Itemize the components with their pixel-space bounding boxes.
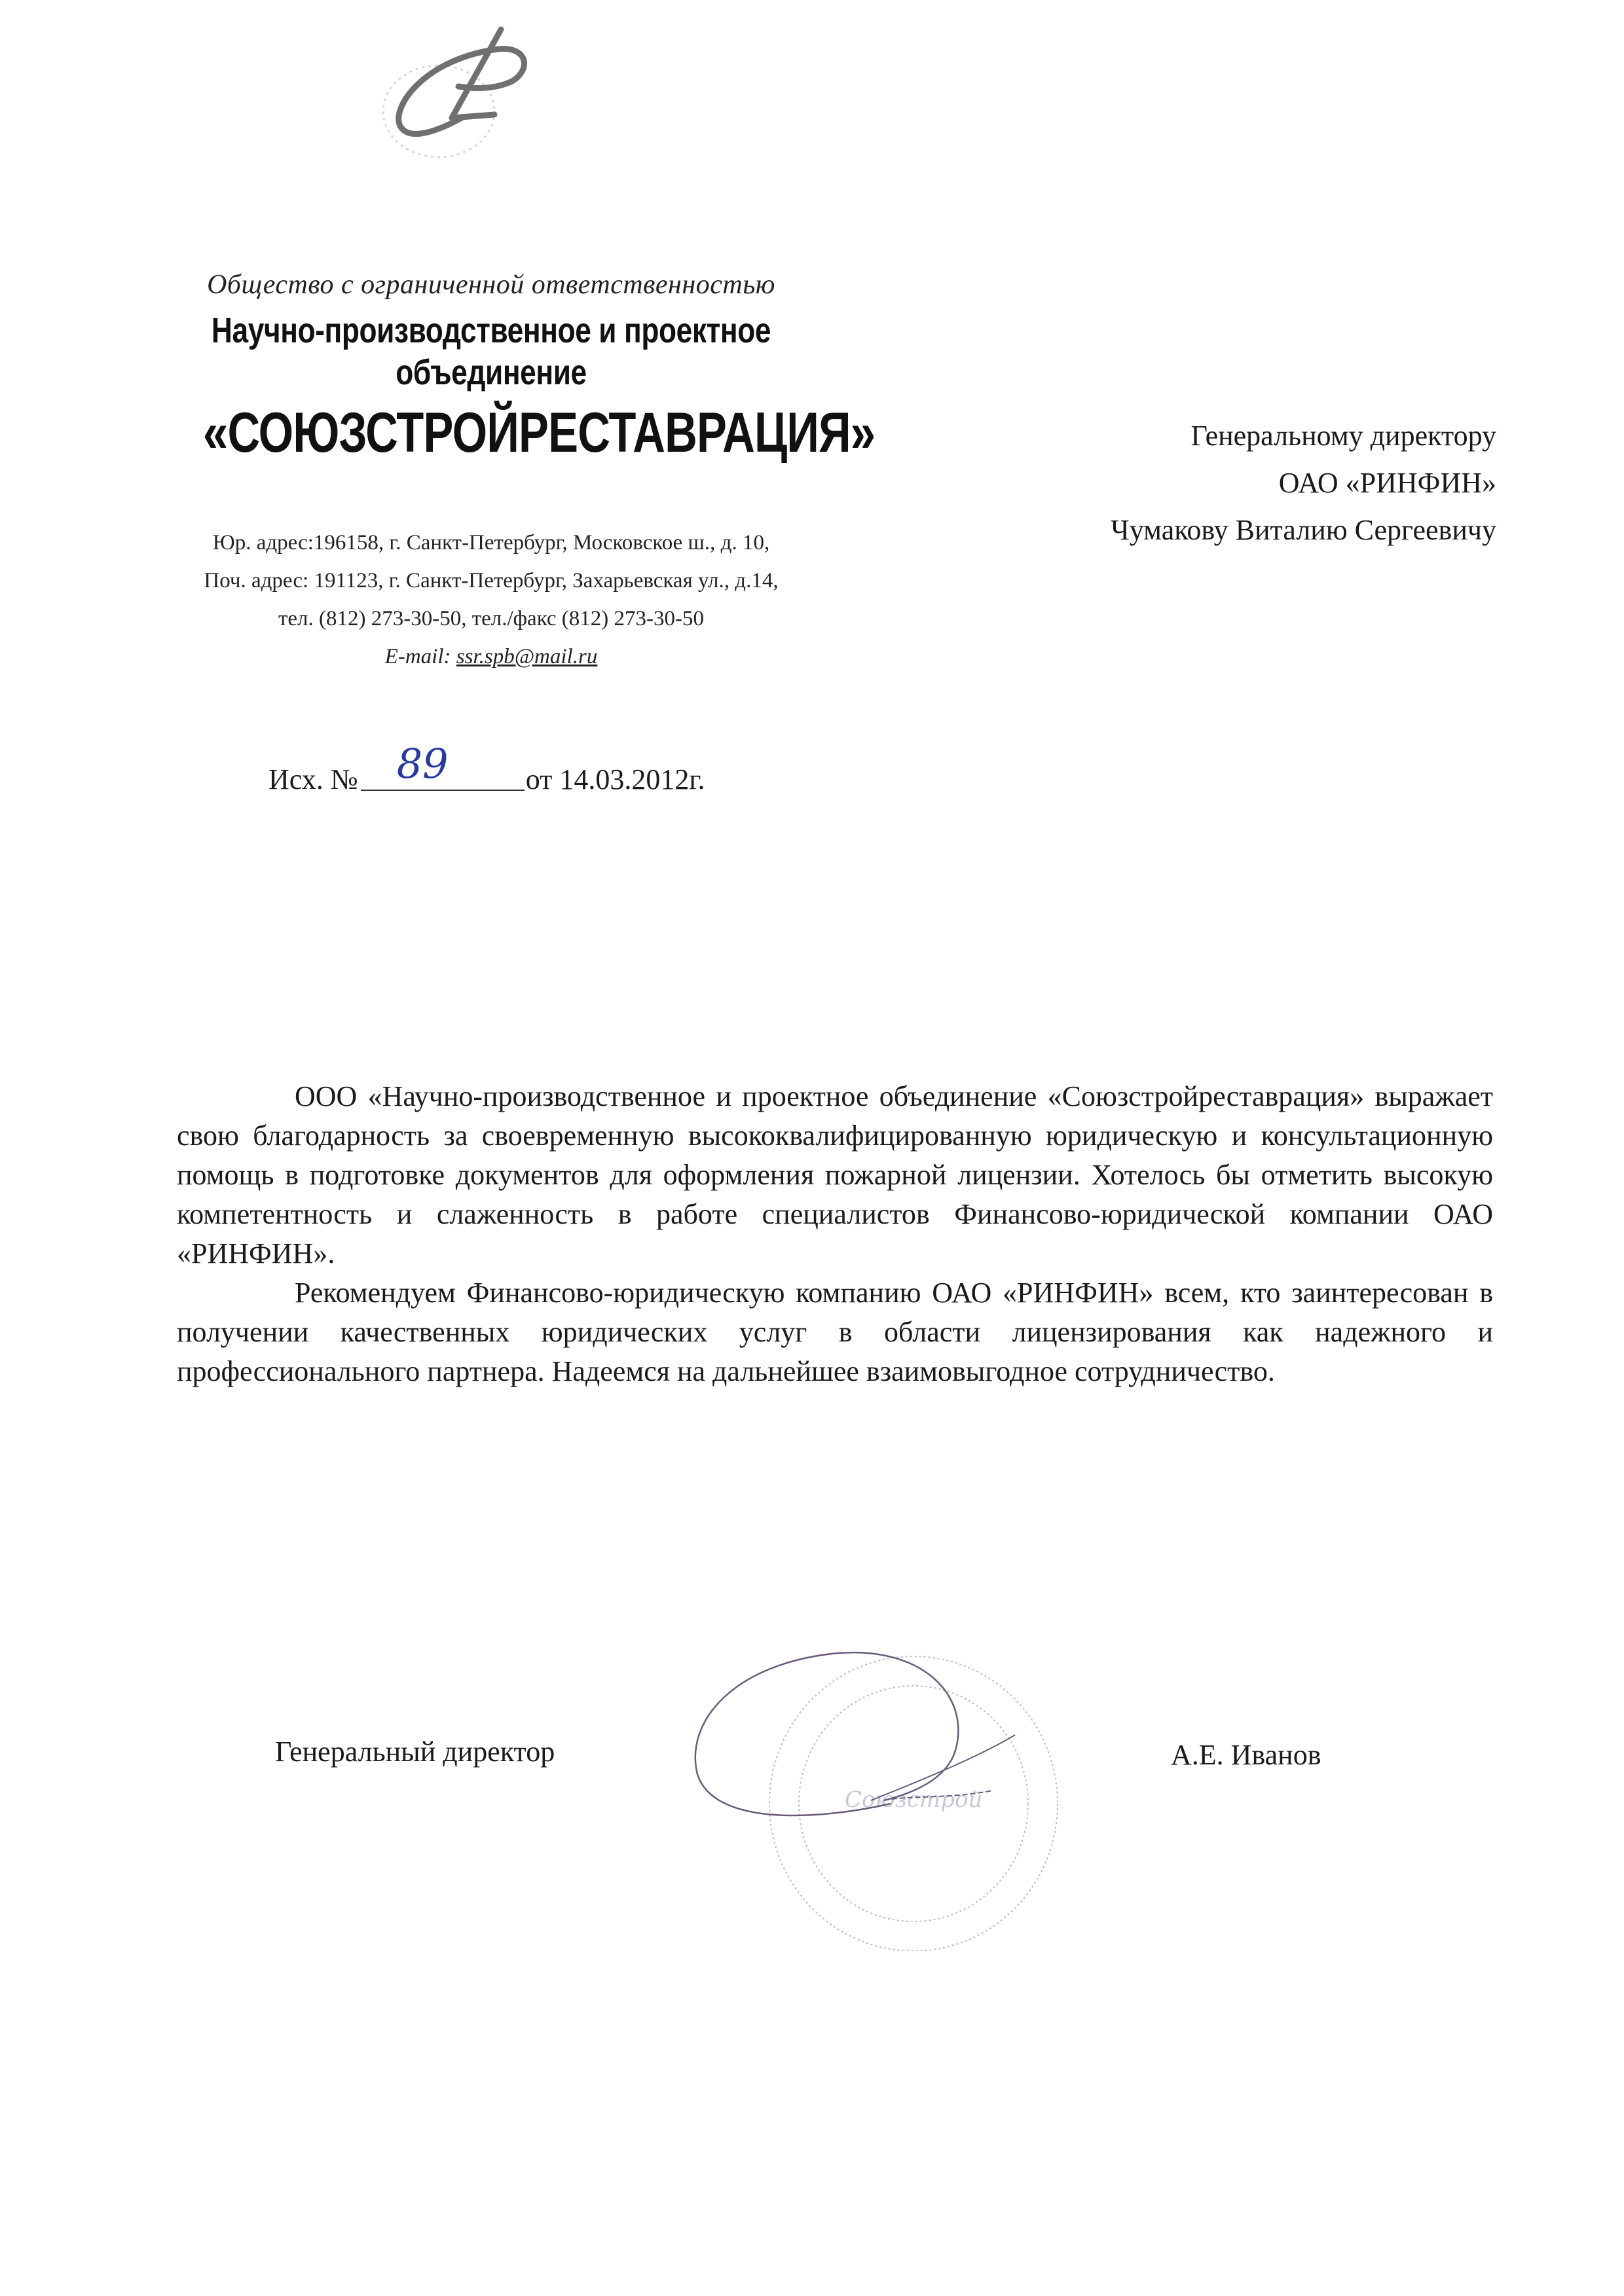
legal-address: Юр. адрес:196158, г. Санкт-Петербург, Мо…: [131, 524, 851, 562]
org-type: Общество с ограниченной ответственностью: [131, 265, 851, 304]
outgoing-number: 89: [397, 740, 449, 788]
signatory-title: Генеральный директор: [275, 1735, 555, 1768]
signatory-name: А.Е. Иванов: [1171, 1738, 1321, 1772]
phone-numbers: тел. (812) 273-30-50, тел./факс (812) 27…: [131, 600, 851, 638]
postal-address: Поч. адрес: 191123, г. Санкт-Петербург, …: [131, 562, 851, 600]
email-line: E-mail: ssr.spb@mail.ru: [131, 638, 851, 676]
letter-body: ООО «Научно-производственное и проектное…: [177, 1077, 1493, 1391]
email-link[interactable]: ssr.spb@mail.ru: [456, 645, 598, 668]
contact-block: Юр. адрес:196158, г. Санкт-Петербург, Мо…: [131, 524, 851, 676]
body-paragraph-2: Рекомендуем Финансово-юридическую компан…: [177, 1273, 1493, 1391]
addressee-position: Генеральному директору: [1111, 412, 1496, 460]
addressee-name: Чумакову Виталию Сергеевичу: [1111, 507, 1496, 554]
org-name-line1: Научно-производственное и проектное: [196, 310, 786, 352]
outgoing-date: от 14.03.2012г.: [526, 763, 705, 796]
monogram-logo-icon: [367, 13, 563, 170]
org-brand: «СОЮЗСТРОЙРЕСТАВРАЦИЯ»: [203, 400, 779, 465]
email-label: E-mail:: [385, 645, 456, 668]
letterhead: Общество с ограниченной ответственностью…: [131, 265, 851, 465]
outgoing-label: Исх. №: [268, 763, 358, 796]
round-seal-stamp-icon: Союзстрой: [688, 1624, 1080, 1951]
org-name-line2: объединение: [196, 352, 786, 393]
outgoing-number-field: 89: [361, 753, 525, 791]
addressee-block: Генеральному директору ОАО «РИНФИН» Чума…: [1111, 412, 1496, 554]
body-paragraph-1: ООО «Научно-производственное и проектное…: [177, 1077, 1493, 1273]
outgoing-reference: Исх. № 89 от 14.03.2012г.: [268, 753, 705, 796]
addressee-company: ОАО «РИНФИН»: [1111, 460, 1496, 507]
